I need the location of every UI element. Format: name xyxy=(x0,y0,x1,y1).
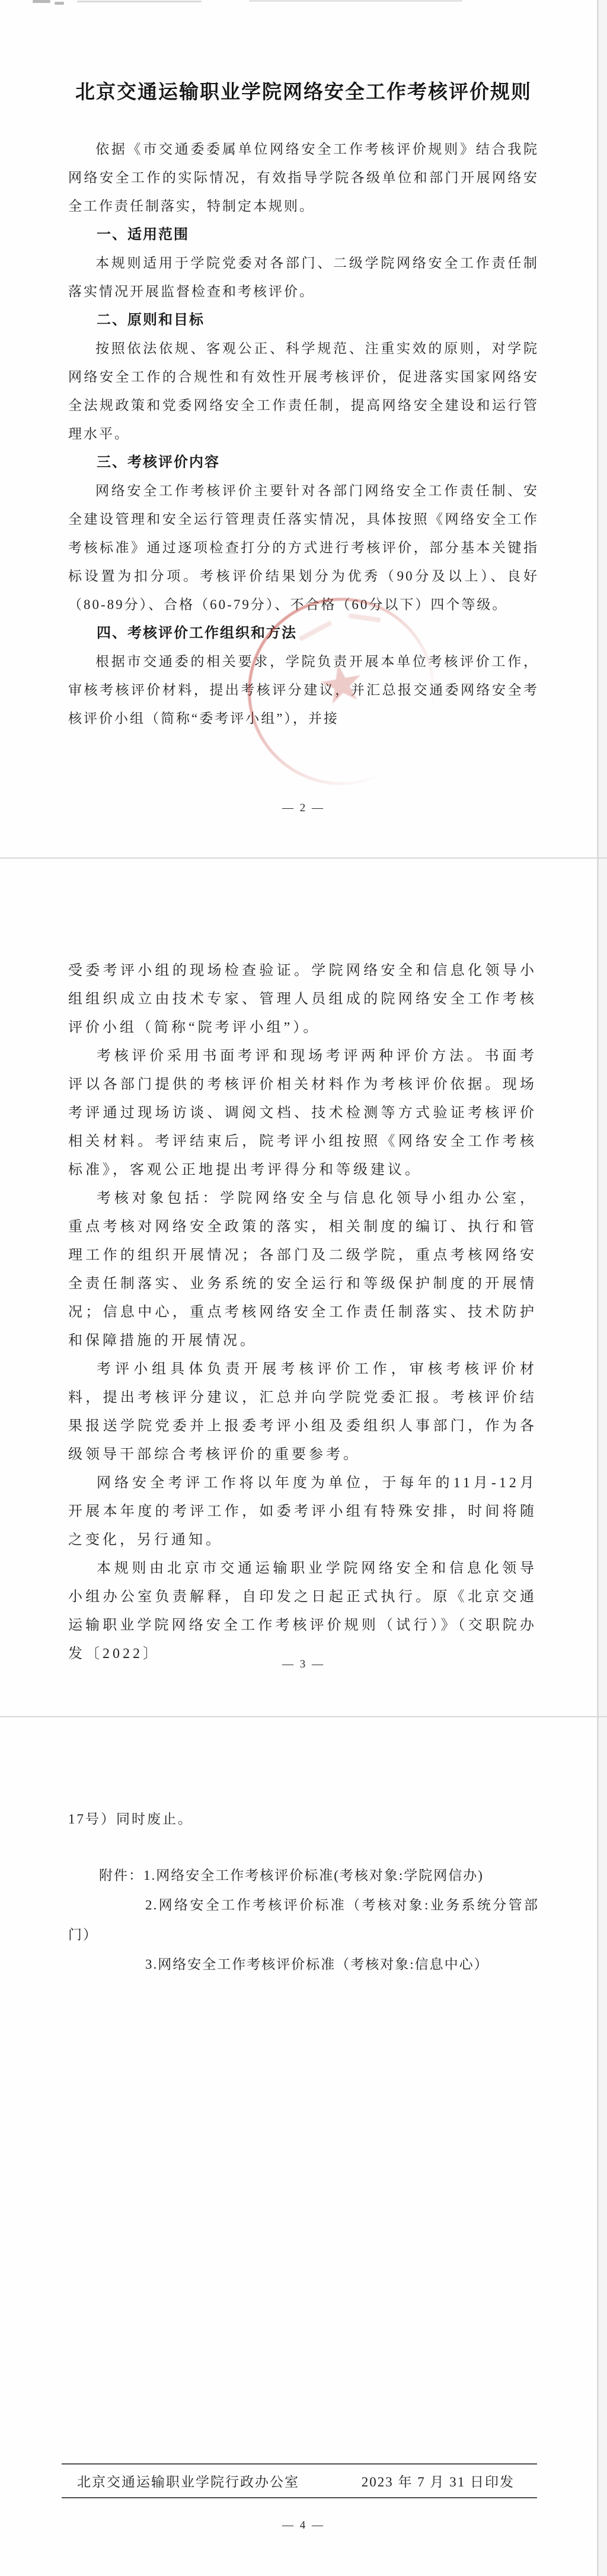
page-2: 北京交通运输职业学院网络安全工作考核评价规则 依据《市交通委委属单位网络安全工作… xyxy=(0,0,607,857)
paragraph: 本规则适用于学院党委对各部门、二级学院网络安全工作责任制落实情况开展监督检查和考… xyxy=(68,249,539,306)
attachments-list: 附件： 1.网络安全工作考核评价标准(考核对象:学院网信办) 2.网络安全工作考… xyxy=(68,1861,539,1979)
page-4: 17号）同时废止。 附件： 1.网络安全工作考核评价标准(考核对象:学院网信办)… xyxy=(0,1717,607,2576)
attachment-item-3: 3.网络安全工作考核评价标准（考核对象:信息中心） xyxy=(145,1950,539,1979)
issuance-footer: 北京交通运输职业学院行政办公室 2023 年 7 月 31 日印发 xyxy=(62,2463,537,2498)
scanned-document: 北京交通运输职业学院网络安全工作考核评价规则 依据《市交通委委属单位网络安全工作… xyxy=(0,0,607,2576)
paragraph-continuation: 受委考评小组的现场检查验证。学院网络安全和信息化领导小组组织成立由技术专家、管理… xyxy=(68,957,537,1042)
paragraph-continuation: 17号）同时废止。 xyxy=(68,1717,539,1834)
section-heading-2: 二、原则和目标 xyxy=(68,306,539,334)
paragraph: 考评小组具体负责开展考核评价工作，审核考核评价材料，提出考核评分建议，汇总并向学… xyxy=(68,1355,537,1469)
issue-date: 2023 年 7 月 31 日印发 xyxy=(362,2471,515,2491)
section-heading-3: 三、考核评价内容 xyxy=(68,448,539,477)
scan-artifact xyxy=(249,0,462,2)
scan-artifact xyxy=(33,0,50,3)
paragraph: 网络安全工作考核评价主要针对各部门网络安全工作责任制、安全建设管理和安全运行管理… xyxy=(68,477,539,619)
page-2-body: 依据《市交通委委属单位网络安全工作考核评价规则》结合我院网络安全工作的实际情况，… xyxy=(68,135,539,733)
issuing-office: 北京交通运输职业学院行政办公室 xyxy=(77,2471,299,2491)
attachment-row: 附件： 1.网络安全工作考核评价标准(考核对象:学院网信办) xyxy=(68,1861,539,1890)
paragraph: 依据《市交通委委属单位网络安全工作考核评价规则》结合我院网络安全工作的实际情况，… xyxy=(68,135,539,221)
attachment-item-1: 1.网络安全工作考核评价标准(考核对象:学院网信办) xyxy=(143,1861,484,1890)
page-number: — 3 — xyxy=(0,1658,607,1671)
section-heading-1: 一、适用范围 xyxy=(68,221,539,249)
paragraph: 考核评价采用书面考评和现场考评两种评价方法。书面考评以各部门提供的考核评价相关材… xyxy=(68,1042,537,1184)
attachment-item-2: 2.网络安全工作考核评价标准（考核对象:业务系统分管部门） xyxy=(68,1890,539,1950)
page-3-body: 受委考评小组的现场检查验证。学院网络安全和信息化领导小组组织成立由技术专家、管理… xyxy=(68,859,537,1668)
attachments-label: 附件： xyxy=(99,1861,143,1890)
paragraph: 根据市交通委的相关要求，学院负责开展本单位考核评价工作，审核考核评价材料，提出考… xyxy=(68,648,539,733)
page-3: 受委考评小组的现场检查验证。学院网络安全和信息化领导小组组织成立由技术专家、管理… xyxy=(0,859,607,1716)
page-number: — 2 — xyxy=(0,802,607,815)
section-heading-4: 四、考核评价工作组织和方法 xyxy=(68,619,539,648)
paragraph: 考核对象包括：学院网络安全与信息化领导小组办公室，重点考核对网络安全政策的落实，… xyxy=(68,1184,537,1355)
document-title: 北京交通运输职业学院网络安全工作考核评价规则 xyxy=(0,0,607,104)
paragraph: 网络安全考评工作将以年度为单位，于每年的11月-12月开展本年度的考评工作，如委… xyxy=(68,1469,537,1554)
scan-artifact xyxy=(77,1,202,2)
scan-artifact xyxy=(55,2,64,5)
paragraph: 按照依法依规、客观公正、科学规范、注重实效的原则，对学院网络安全工作的合规性和有… xyxy=(68,334,539,448)
page-number: — 4 — xyxy=(0,2519,607,2532)
paragraph: 本规则由北京市交通运输职业学院网络安全和信息化领导小组办公室负责解释，自印发之日… xyxy=(68,1554,537,1668)
